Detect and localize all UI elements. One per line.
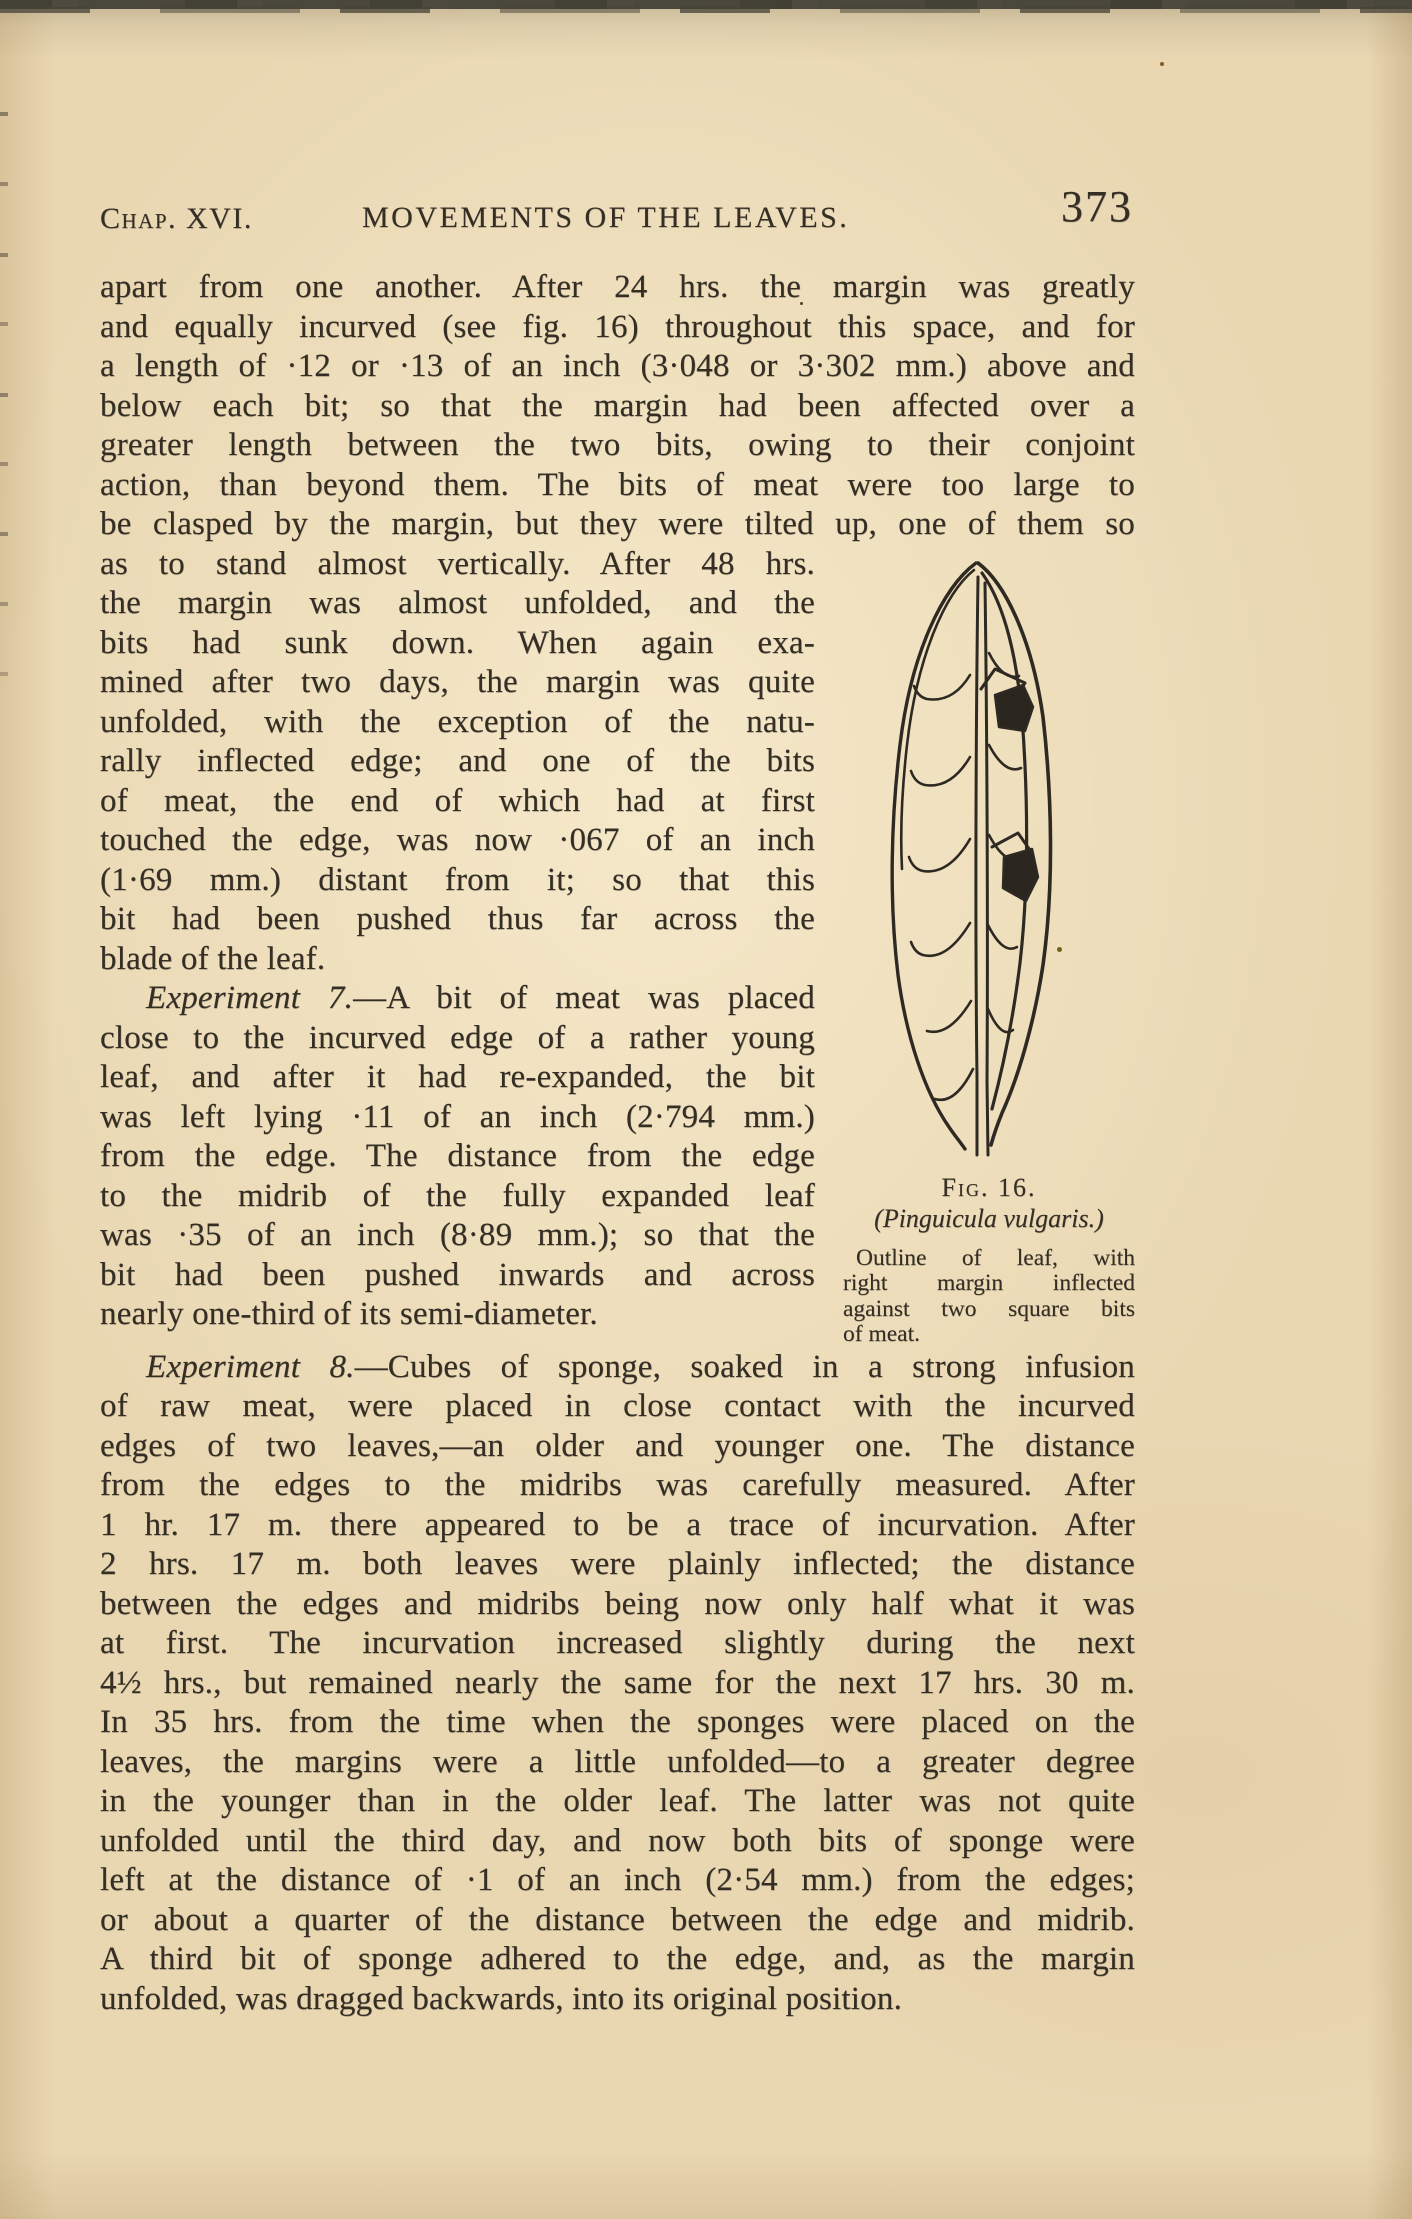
page-header: Chap. XVI. MOVEMENTS OF THE LEAVES. 373 xyxy=(100,192,1135,252)
caption-line: right margin inflected xyxy=(843,1271,1135,1297)
experiment-7-text: —A bit of meat was placed xyxy=(353,980,815,1016)
text-line: 2 hrs. 17 m. both leaves were plainly in… xyxy=(100,1545,1135,1585)
text-line: to the midrib of the fully expanded leaf xyxy=(100,1177,815,1217)
text-block: apart from one another. After 24 hrs. th… xyxy=(100,268,1135,2019)
text-line: or about a quarter of the distance betwe… xyxy=(100,1901,1135,1941)
text-line: touched the edge, was now ·067 of an inc… xyxy=(100,821,815,861)
text-line: close to the incurved edge of a rather y… xyxy=(100,1019,815,1059)
text-line: A third bit of sponge adhered to the edg… xyxy=(100,1940,1135,1980)
text-line: as to stand almost vertically. After 48 … xyxy=(100,545,815,585)
experiment-8-label: Experiment 8. xyxy=(146,1349,355,1385)
figure-species-name: (Pinguicula vulgaris.) xyxy=(843,1204,1135,1234)
leaf-vein xyxy=(988,925,1017,949)
running-title: MOVEMENTS OF THE LEAVES. xyxy=(362,201,849,235)
caption-line: of meat. xyxy=(843,1322,1135,1348)
text-line: (1·69 mm.) distant from it; so that this xyxy=(100,861,815,901)
text-line: mined after two days, the margin was qui… xyxy=(100,663,815,703)
caption-line: Outline of leaf, with xyxy=(843,1246,1135,1272)
text-line: rally inflected edge; and one of the bit… xyxy=(100,742,815,782)
leaf-vein xyxy=(914,675,970,700)
text-line: leaves, the margins were a little unfold… xyxy=(100,1743,1135,1783)
text-line: nearly one-third of its semi-diameter. xyxy=(100,1295,815,1335)
leaf-vein xyxy=(909,839,970,871)
text-line: in the younger than in the older leaf. T… xyxy=(100,1782,1135,1822)
text-line: bit had been pushed inwards and across xyxy=(100,1256,815,1296)
leaf-left-outline xyxy=(892,563,976,1149)
text-line: bits had sunk down. When again exa- xyxy=(100,624,815,664)
text-line: bit had been pushed thus far across the xyxy=(100,900,815,940)
text-line: edges of two leaves,—an older and younge… xyxy=(100,1427,1135,1467)
text-line: action, than beyond them. The bits of me… xyxy=(100,466,1135,506)
text-line: was ·35 of an inch (8·89 mm.); so that t… xyxy=(100,1216,815,1256)
leaf-vein xyxy=(911,757,970,785)
experiment-8-heading-line: Experiment 8.—Cubes of sponge, soaked in… xyxy=(100,1348,1135,1388)
text-line: In 35 hrs. from the time when the sponge… xyxy=(100,1703,1135,1743)
figure-column: Fig. 16. (Pinguicula vulgaris.) Outline … xyxy=(843,545,1135,1348)
experiment-7-label: Experiment 7. xyxy=(146,980,353,1016)
paper-speck xyxy=(1160,62,1164,66)
text-line: 1 hr. 17 m. there appeared to be a trace… xyxy=(100,1506,1135,1546)
text-line: unfolded, was dragged backwards, into it… xyxy=(100,1980,1135,2020)
meat-bit-2 xyxy=(1003,849,1038,901)
text-line: 4½ hrs., but remained nearly the same fo… xyxy=(100,1664,1135,1704)
meat-bit-1 xyxy=(995,685,1033,731)
text-line: the margin was almost unfolded, and the xyxy=(100,584,815,624)
leaf-figure-illustration xyxy=(885,557,1067,1157)
text-line: of meat, the end of which had at first xyxy=(100,782,815,822)
text-line: apart from one another. After 24 hrs. th… xyxy=(100,268,1135,308)
figure-caption: Outline of leaf, with right margin infle… xyxy=(843,1246,1135,1348)
page-number: 373 xyxy=(1061,181,1133,232)
text-line: below each bit; so that the margin had b… xyxy=(100,387,1135,427)
text-line: a length of ·12 or ·13 of an inch (3·048… xyxy=(100,347,1135,387)
scan-top-edge-rough xyxy=(0,7,1412,13)
text-line: unfolded, with the exception of the natu… xyxy=(100,703,815,743)
leaf-vein xyxy=(935,1069,973,1100)
text-line: of raw meat, were placed in close contac… xyxy=(100,1387,1135,1427)
leaf-midrib-line-2 xyxy=(985,583,988,1155)
text-line: was left lying ·11 of an inch (2·794 mm.… xyxy=(100,1098,815,1138)
text-line: greater length between the two bits, owi… xyxy=(100,426,1135,466)
leaf-vein xyxy=(989,745,1021,769)
text-line: and equally incurved (see fig. 16) throu… xyxy=(100,308,1135,348)
narrow-text-column: as to stand almost vertically. After 48 … xyxy=(100,545,815,1335)
text-and-figure-region: as to stand almost vertically. After 48 … xyxy=(100,545,1135,1348)
leaf-vein xyxy=(911,923,970,956)
binding-edge-marks xyxy=(0,112,8,116)
text-line: be clasped by the margin, but they were … xyxy=(100,505,1135,545)
chapter-heading: Chap. XVI. xyxy=(100,202,253,236)
text-line: from the edge. The distance from the edg… xyxy=(100,1137,815,1177)
book-page: Chap. XVI. MOVEMENTS OF THE LEAVES. 373 … xyxy=(0,0,1412,2219)
text-line: from the edges to the midribs was carefu… xyxy=(100,1466,1135,1506)
figure-label: Fig. 16. xyxy=(843,1173,1135,1203)
text-line: at first. The incurvation increased slig… xyxy=(100,1624,1135,1664)
text-line: unfolded until the third day, and now bo… xyxy=(100,1822,1135,1862)
leaf-midrib-line-1 xyxy=(976,577,978,1155)
experiment-7-heading-line: Experiment 7.—A bit of meat was placed xyxy=(100,979,815,1019)
experiment-8-text: —Cubes of sponge, soaked in a strong inf… xyxy=(355,1349,1135,1385)
text-line: leaf, and after it had re-expanded, the … xyxy=(100,1058,815,1098)
text-line: blade of the leaf. xyxy=(100,940,815,980)
leaf-vein xyxy=(927,1001,971,1032)
text-line: between the edges and midribs being now … xyxy=(100,1585,1135,1625)
text-line: left at the distance of ·1 of an inch (2… xyxy=(100,1861,1135,1901)
caption-line: against two square bits xyxy=(843,1297,1135,1323)
